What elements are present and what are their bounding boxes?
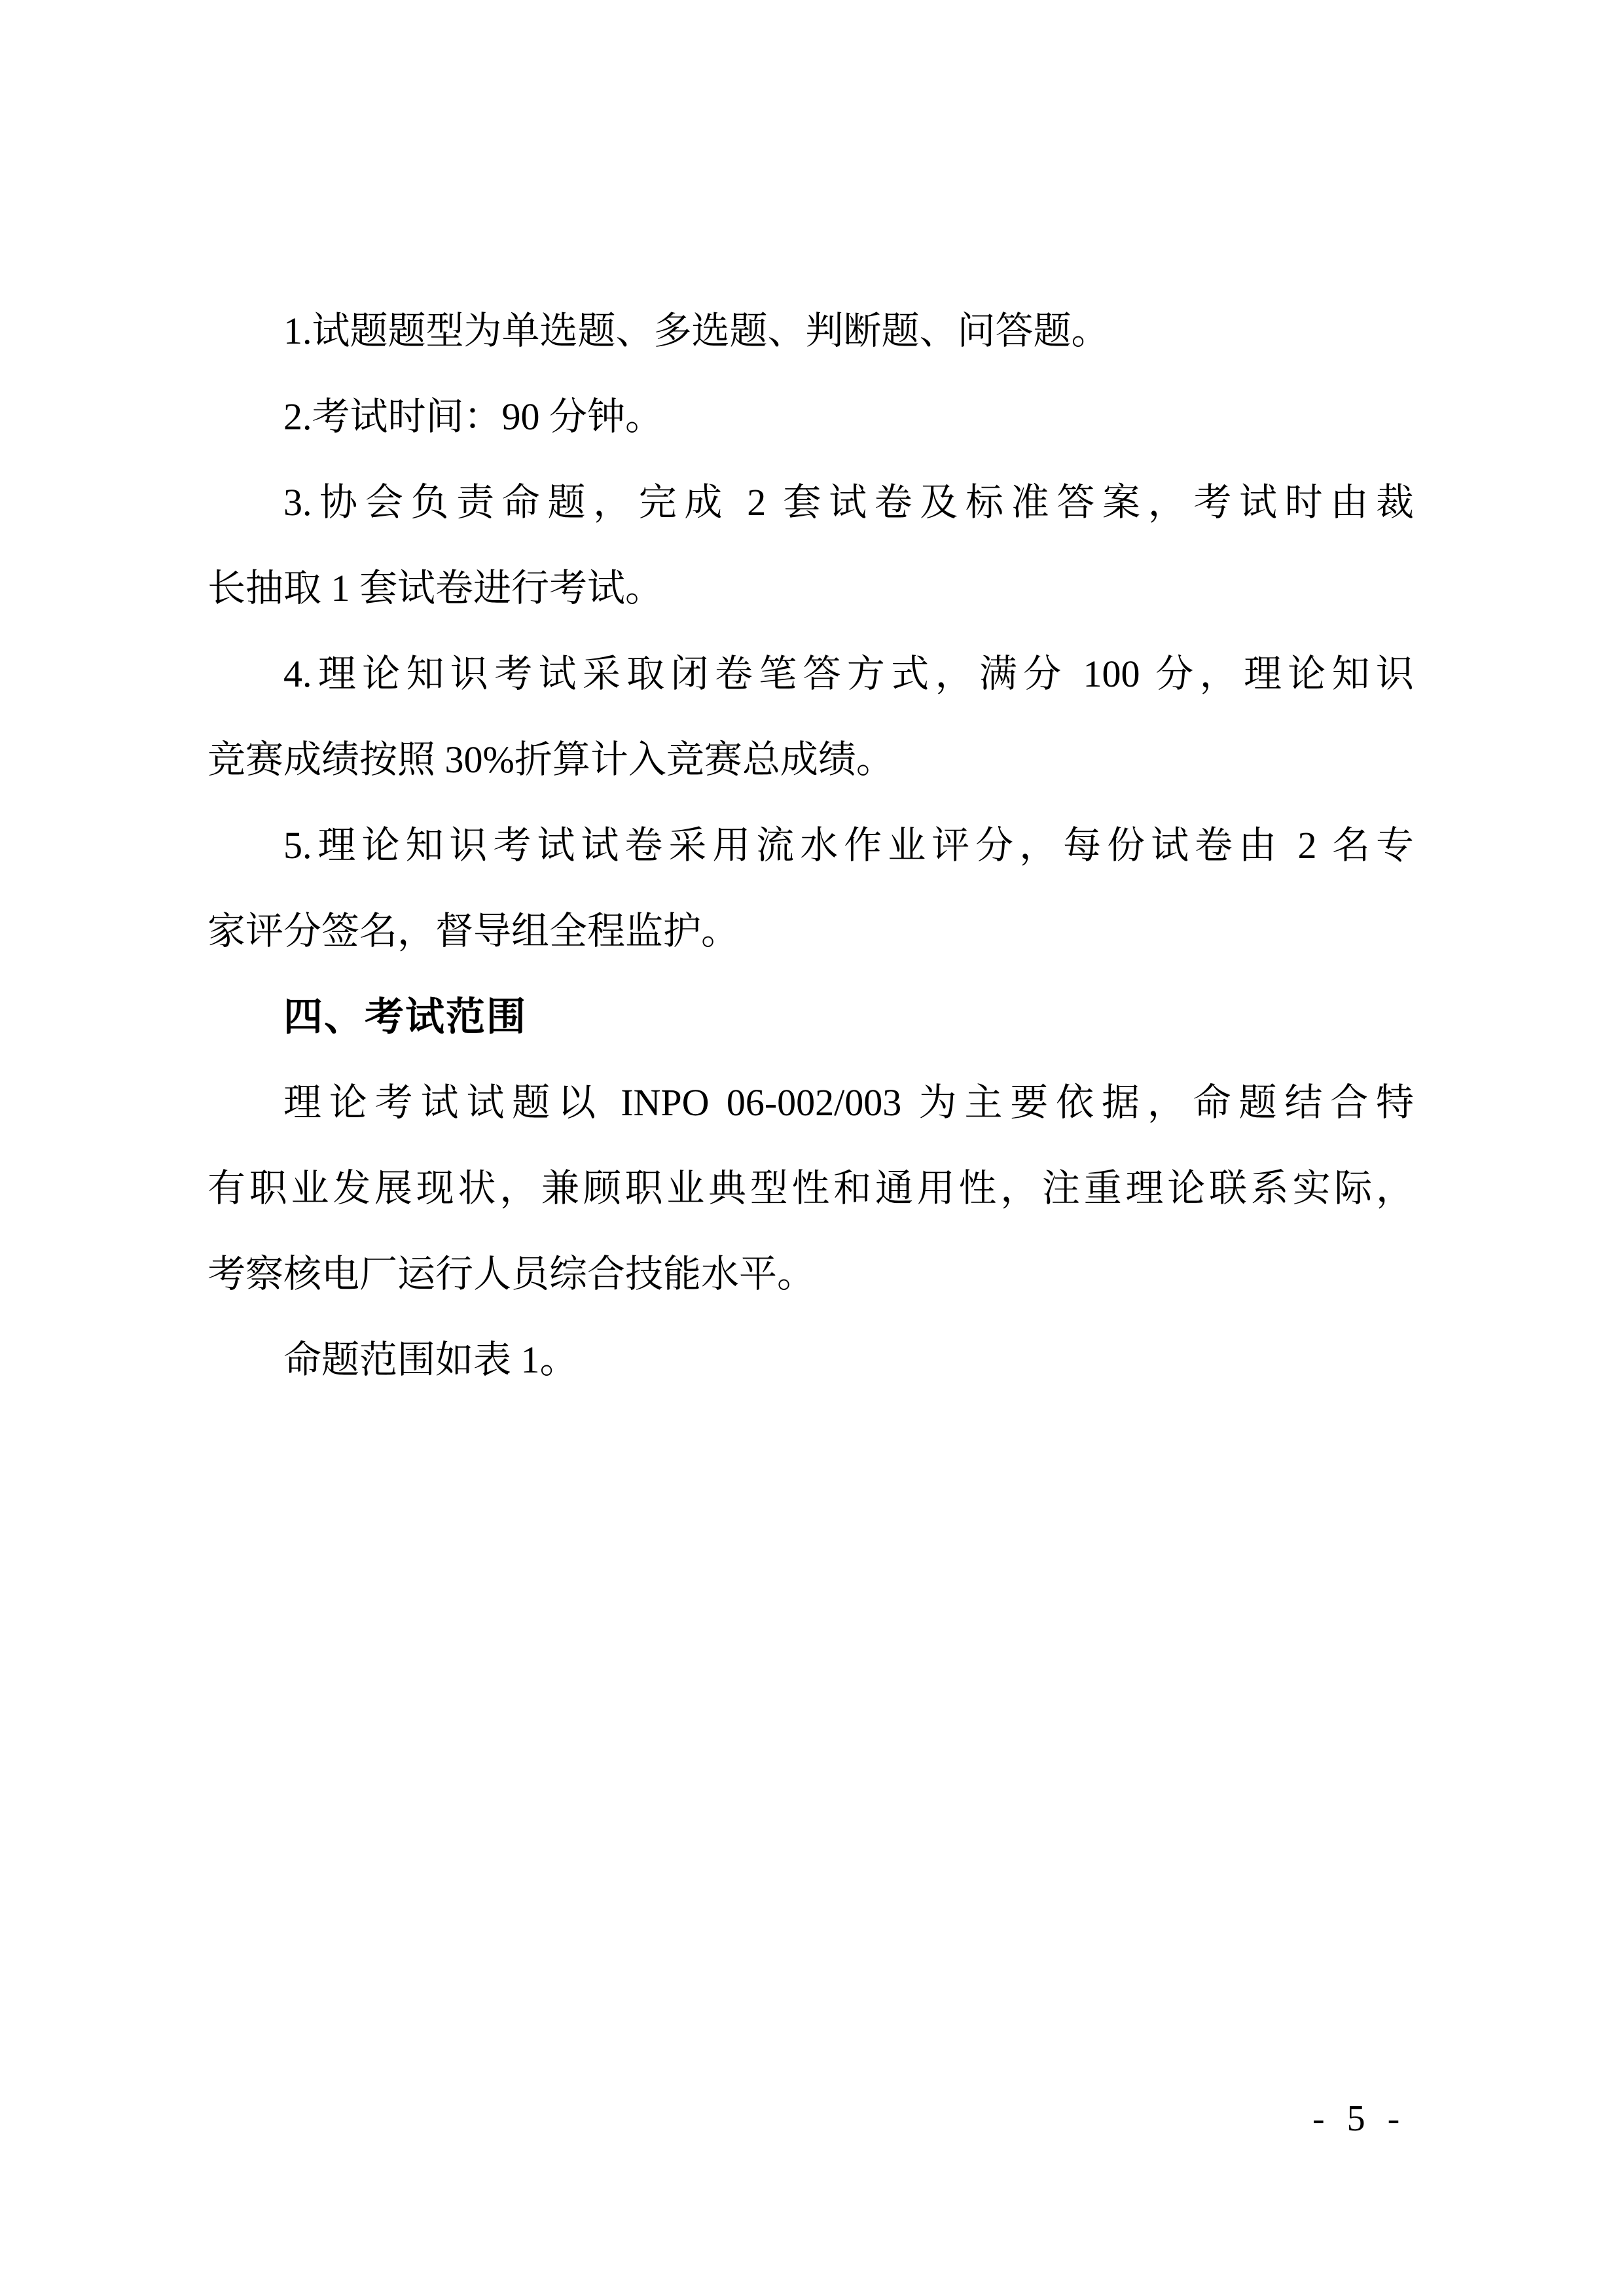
section-heading: 四、考试范围 <box>208 974 1414 1060</box>
text-line: 竞赛成绩按照 30%折算计入竞赛总成绩。 <box>208 717 1414 802</box>
text-line: 1.试题题型为单选题、多选题、判断题、问答题。 <box>208 288 1414 374</box>
text-line: 家评分签名，督导组全程监护。 <box>208 888 1414 974</box>
text-line: 有职业发展现状，兼顾职业典型性和通用性，注重理论联系实际， <box>208 1145 1414 1231</box>
document-page: 1.试题题型为单选题、多选题、判断题、问答题。2.考试时间：90 分钟。3.协会… <box>0 0 1624 2296</box>
document-body: 1.试题题型为单选题、多选题、判断题、问答题。2.考试时间：90 分钟。3.协会… <box>208 288 1414 1403</box>
page-number: - 5 - <box>1312 2097 1406 2140</box>
text-line: 4.理论知识考试采取闭卷笔答方式，满分 100 分，理论知识 <box>208 631 1414 717</box>
text-line: 5.理论知识考试试卷采用流水作业评分，每份试卷由 2 名专 <box>208 802 1414 888</box>
text-line: 命题范围如表 1。 <box>208 1317 1414 1403</box>
text-line: 考察核电厂运行人员综合技能水平。 <box>208 1231 1414 1317</box>
text-line: 3.协会负责命题，完成 2 套试卷及标准答案，考试时由裁 <box>208 459 1414 545</box>
text-line: 长抽取 1 套试卷进行考试。 <box>208 545 1414 631</box>
text-line: 理论考试试题以 INPO 06-002/003 为主要依据，命题结合特 <box>208 1060 1414 1145</box>
text-line: 2.考试时间：90 分钟。 <box>208 374 1414 459</box>
